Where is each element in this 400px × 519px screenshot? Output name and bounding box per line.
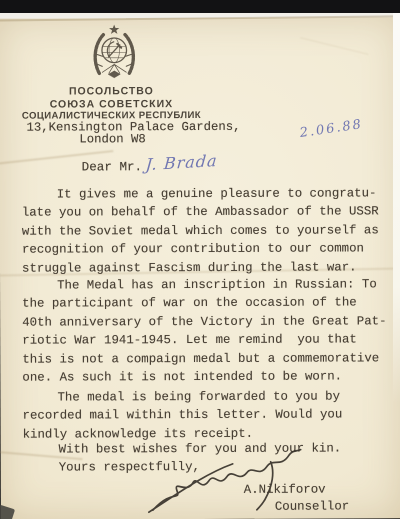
body-line: recognition of your contribution to our …: [22, 240, 379, 260]
address-line-2: London W8: [27, 132, 199, 147]
body-line: late you on behalf of the Ambassador of …: [22, 203, 379, 223]
body-line: with the Soviet medal which comes to you…: [22, 221, 379, 241]
body-line: It gives me a genuine pleasure to congra…: [22, 184, 379, 204]
body-line: The medal is being forwarded to you by: [22, 388, 342, 408]
handwritten-recipient-name: J. Brada: [145, 151, 219, 174]
sender-name: A.Nikiforov: [244, 483, 326, 497]
letterhead-line-1: ПОСОЛЬСТВО: [15, 85, 207, 98]
body-line: the participant of war on the occasion o…: [22, 294, 386, 314]
body-line: riotic War 1941-1945. Let me remind you …: [22, 331, 386, 351]
paper-crease: [300, 37, 368, 55]
letter-paper: ПОСОЛЬСТВО СОЮЗА СОВЕТСКИХ СОЦИАЛИСТИЧЕС…: [0, 17, 400, 519]
scanner-black-band: [0, 0, 400, 13]
scanner-white-strip: [393, 13, 400, 403]
body-line: The Medal has an inscription in Russian:…: [22, 275, 386, 295]
letterhead-line-2: СОЮЗА СОВЕТСКИХ: [15, 98, 207, 111]
body-line: 40th anniversary of the Victory in the G…: [22, 312, 386, 332]
paragraph-3: The medal is being forwarded to you by r…: [22, 388, 342, 444]
body-line: this is not a compaign medal but a comme…: [22, 349, 386, 369]
scan-corner-artifact: [0, 505, 15, 519]
salutation: Dear Mr.: [82, 160, 143, 174]
body-line: one. As such it is not intended to be wo…: [22, 367, 386, 387]
body-line: recorded mail within this letter. Would …: [22, 406, 342, 426]
sender-title: Counsellor: [275, 499, 349, 513]
scanned-letter: ПОСОЛЬСТВО СОЮЗА СОВЕТСКИХ СОЦИАЛИСТИЧЕС…: [0, 0, 400, 519]
soviet-coat-of-arms-icon: [88, 23, 140, 81]
paragraph-2: The Medal has an inscription in Russian:…: [22, 275, 387, 387]
paragraph-1: It gives me a genuine pleasure to congra…: [22, 184, 379, 277]
handwritten-date: 2.06.88: [299, 117, 364, 141]
